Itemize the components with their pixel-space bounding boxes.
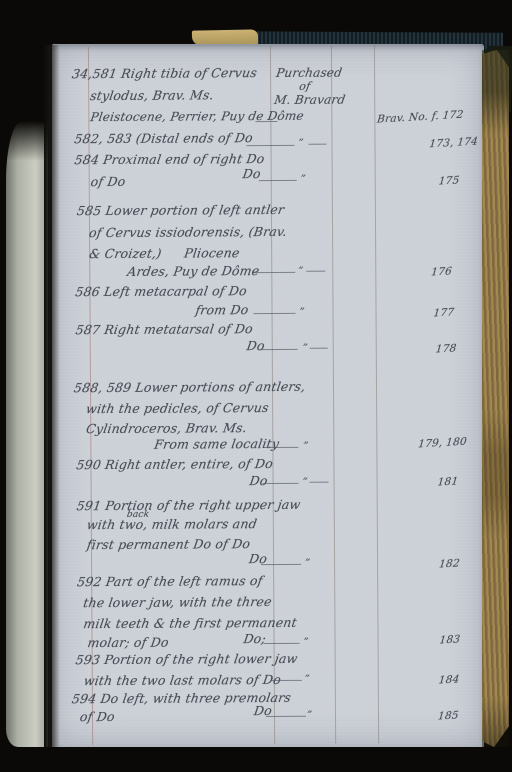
entry-592-line-0: 592 Part of the left ramus of <box>76 574 264 590</box>
ditto-mark: ” <box>305 710 313 722</box>
dash-rule <box>309 144 327 145</box>
entry-34581-line-2: Pleistocene, Perrier, Puy de Dôme <box>89 110 304 125</box>
column-rule-3 <box>331 46 336 744</box>
entry-592-line-2: milk teeth & the first permanent <box>82 616 298 632</box>
ditto-mark: ” <box>297 307 305 319</box>
entry-587-ditto-do: Do <box>246 339 266 353</box>
entry-594-line-1: of Do <box>79 710 116 725</box>
dash-rule <box>253 272 295 273</box>
dash-rule <box>259 180 297 181</box>
entry-585-line-0: 585 Lower portion of left antler <box>76 203 285 219</box>
entry-585-line-2: & Croizet,) <box>88 247 162 262</box>
bravard-ref: 181 <box>437 475 459 488</box>
entry-586-line-0: 586 Left metacarpal of Do <box>74 284 248 299</box>
dash-rule <box>260 349 298 350</box>
entry-584-line-1: of Do <box>90 175 127 190</box>
ditto-mark: ” <box>296 266 304 278</box>
entry-591-line-0: 591 Portion of the right upper jaw <box>76 498 302 514</box>
dash-rule <box>264 447 298 448</box>
bravard-ref: 185 <box>437 709 459 722</box>
ditto-mark: ” <box>301 441 309 453</box>
entry-591-line-1: with two, milk molars and <box>86 517 258 532</box>
ditto-mark: ” <box>301 637 309 649</box>
entry-34581-line-1: stylodus, Brav. Ms. <box>89 88 215 103</box>
bravard-ref: 177 <box>433 306 455 319</box>
dash-rule <box>310 348 328 349</box>
column-rule-4 <box>374 45 379 743</box>
ditto-mark: ” <box>302 674 310 686</box>
ditto-mark: ” <box>300 477 308 489</box>
bravard-ref: 179, 180 <box>418 436 468 451</box>
entry-588-589-line-0: 588, 589 Lower portions of antlers, <box>73 380 307 396</box>
bravard-ref: 183 <box>439 633 461 646</box>
entry-593-line-1: with the two last molars of Do <box>83 673 282 689</box>
bravard-ref: 175 <box>438 174 460 187</box>
entry-592-line-3: molar; of Do <box>86 636 169 651</box>
entry-585-line-3: Pliocene <box>183 246 241 261</box>
bravard-ref: 176 <box>431 265 453 278</box>
acquisition-line-2: of <box>298 81 311 94</box>
entry-593-line-0: 593 Portion of the right lower jaw <box>75 652 299 668</box>
bravard-ref: 182 <box>438 557 460 570</box>
acquisition-line-1: Purchased <box>275 67 343 81</box>
dash-rule <box>306 271 325 272</box>
entry-590-line-0: 590 Right antler, entire, of Do <box>75 457 274 473</box>
dash-rule <box>263 483 299 484</box>
handwriting-layer: Purchased of M. Bravard 34,581 Right tib… <box>0 0 512 772</box>
dash-rule <box>247 145 295 146</box>
entry-592-line-1: the lower jaw, with the three <box>82 595 273 611</box>
acquisition-line-3: M. Bravard <box>273 94 346 108</box>
entry-590-ditto-do: Do <box>248 474 268 488</box>
entry-582-583-line-0: 582, 583 (Distal ends of Do <box>73 131 253 146</box>
entry-592-ditto-do: Do; <box>242 632 267 647</box>
entry-588-589-line-2: Cylindroceros, Brav. Ms. <box>85 421 248 436</box>
ditto-mark: ” <box>300 343 308 355</box>
entry-591-line-2: first permanent Do of Do <box>86 537 251 552</box>
ditto-mark: ” <box>296 138 304 150</box>
scanned-register-page-photo: Purchased of M. Bravard 34,581 Right tib… <box>0 0 512 772</box>
entry-585-line-1: of Cervus issiodorensis, (Brav. <box>88 225 288 241</box>
ditto-mark: ” <box>303 558 311 570</box>
entry-588-589-line-3: From same locality <box>153 437 280 452</box>
ditto-mark: ” <box>298 174 306 186</box>
entry-586-line-1: from Do <box>194 303 249 318</box>
dash-rule <box>272 680 302 681</box>
dash-rule <box>264 643 300 644</box>
entry-591-inserted-word: back <box>126 510 150 520</box>
bravard-ref: 173, 174 <box>429 135 479 150</box>
bravard-ref-heading: Brav. No. f. 172 <box>376 109 464 126</box>
dash-rule <box>266 716 306 717</box>
entry-587-line-0: 587 Right metatarsal of Do <box>75 322 254 337</box>
column-rule-2 <box>270 46 275 744</box>
dash-rule <box>310 482 329 483</box>
entry-584-line-0: 584 Proximal end of right Do <box>74 152 266 168</box>
dash-rule <box>255 121 277 122</box>
bravard-ref: 184 <box>438 673 460 686</box>
entry-34581-line-0: 34,581 Right tibia of Cervus <box>71 66 258 82</box>
dash-rule <box>261 564 301 565</box>
dash-rule <box>254 313 296 314</box>
bravard-ref: 178 <box>435 342 457 355</box>
entry-588-589-line-1: with the pedicles, of Cervus <box>85 401 270 417</box>
entry-585-line-4: Ardes, Puy de Dôme <box>126 264 260 279</box>
